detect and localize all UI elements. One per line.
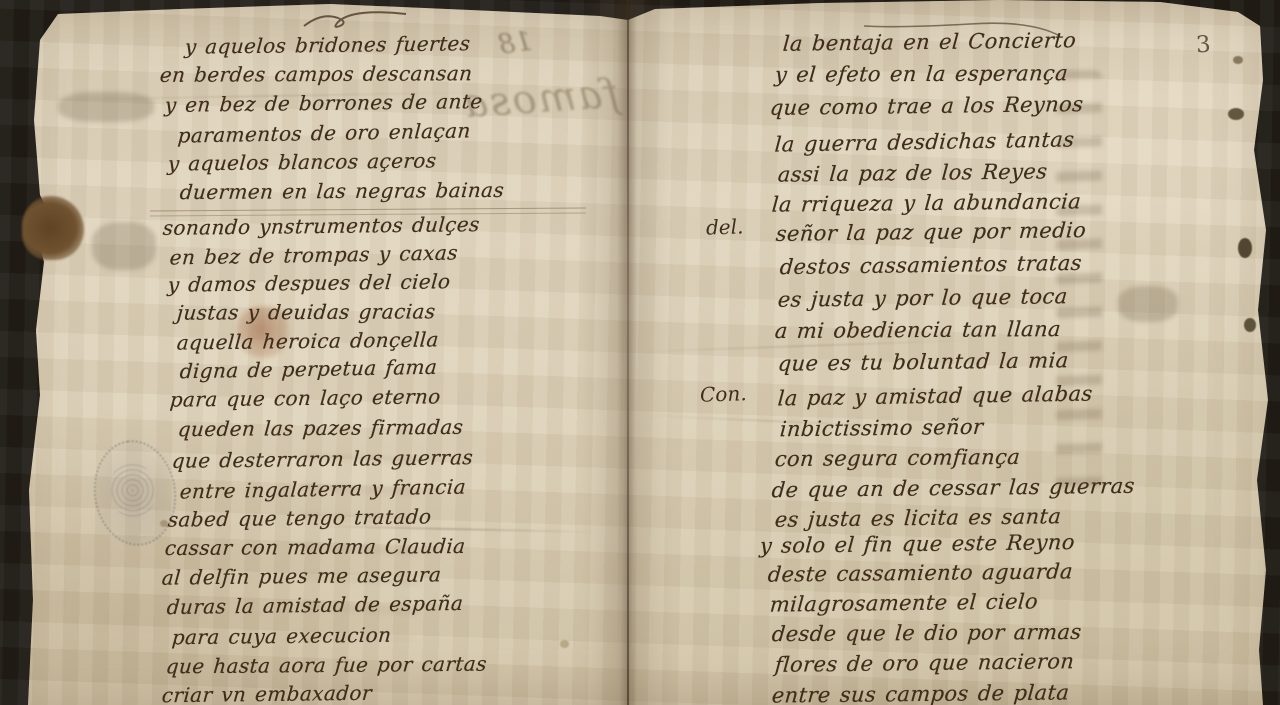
manuscript-line: en bez de trompas y caxas xyxy=(169,240,459,269)
manuscript-line: entre ingalaterra y francia xyxy=(179,475,467,504)
manuscript-line: al delfin pues me asegura xyxy=(161,562,442,589)
manuscript-line: señor la paz que por medio xyxy=(775,218,1087,246)
manuscript-line: en berdes campos descansan xyxy=(159,61,474,87)
manuscript-line: es justa y por lo que toca xyxy=(777,284,1069,312)
manuscript-line: paramentos de oro enlaçan xyxy=(177,118,472,147)
manuscript-line: sonando ynstrumentos dulçes xyxy=(162,212,481,240)
manuscript-line: inbictissimo señor xyxy=(779,415,984,441)
manuscript-line: queden las pazes firmadas xyxy=(177,415,464,441)
bleedthrough-mark xyxy=(1118,286,1178,322)
foxing-spot xyxy=(560,640,569,648)
manuscript-line: y el efeto en la esperança xyxy=(774,61,1069,87)
folio-number: 3 xyxy=(1195,32,1211,59)
manuscript-line: que desterraron las guerras xyxy=(171,445,474,473)
bleedthrough-number: 18 xyxy=(496,26,533,60)
manuscript-line: deste cassamiento aguarda xyxy=(767,559,1074,586)
manuscript-line: cassar con madama Claudia xyxy=(164,534,467,560)
manuscript-line: y damos despues del cielo xyxy=(167,269,451,296)
manuscript-line: flores de oro que nacieron xyxy=(774,649,1075,677)
manuscript-line: destos cassamientos tratas xyxy=(779,251,1083,279)
foxing-spot xyxy=(1244,318,1256,332)
speaker-label: Con. xyxy=(700,381,747,407)
manuscript-line: sabed que tengo tratado xyxy=(167,504,432,531)
manuscript-line: de que an de cessar las guerras xyxy=(771,474,1136,502)
manuscript-line: que es tu boluntad la mia xyxy=(777,348,1070,376)
manuscript-line: y aquelos blancos açeros xyxy=(167,148,438,175)
manuscript-line: es justa es licita es santa xyxy=(774,504,1062,531)
manuscript-line: la paz y amistad que alabas xyxy=(777,382,1094,411)
manuscript-line: duermen en las negras bainas xyxy=(179,178,505,204)
manuscript-line: la bentaja en el Concierto xyxy=(782,28,1077,56)
manuscript-line: desde que le dio por armas xyxy=(771,620,1083,646)
manuscript-line: aquella heroica donçella xyxy=(176,327,440,354)
pen-flourish xyxy=(300,6,410,32)
manuscript-line: criar vn embaxador xyxy=(161,681,373,705)
manuscript-line: duras la amistad de españa xyxy=(166,591,464,619)
manuscript-line: que como trae a los Reynos xyxy=(769,92,1084,120)
manuscript-line: y aquelos bridones fuertes xyxy=(184,31,471,58)
manuscript-line: la rriqueza y la abundancia xyxy=(771,189,1082,216)
ink-stain xyxy=(22,196,84,260)
manuscript-line: para que con laço eterno xyxy=(169,384,442,411)
manuscript-line: y en bez de borrones de ante xyxy=(164,89,484,117)
manuscript-line: con segura comfiança xyxy=(774,445,1021,471)
foxing-spot xyxy=(1233,56,1243,64)
manuscript-line: digna de perpetua fama xyxy=(179,355,438,383)
foxing-spot xyxy=(1238,238,1252,258)
manuscript-line: justas y deuidas gracias xyxy=(176,299,437,324)
manuscript-line: milagrosamente el cielo xyxy=(769,589,1039,616)
bleedthrough-mark xyxy=(92,222,156,270)
manuscript-line: y solo el fin que este Reyno xyxy=(759,530,1076,558)
manuscript-line: entre sus campos de plata xyxy=(771,680,1070,705)
manuscript-line: para cuya execucion xyxy=(171,623,392,650)
manuscript-line: assi la paz de los Reyes xyxy=(777,159,1048,186)
speaker-label: del. xyxy=(706,214,744,239)
gutter-fold-line xyxy=(627,0,629,705)
manuscript-line: a mi obediencia tan llana xyxy=(774,317,1062,343)
foxing-spot xyxy=(1228,108,1244,120)
manuscript-line: que hasta aora fue por cartas xyxy=(165,652,488,679)
